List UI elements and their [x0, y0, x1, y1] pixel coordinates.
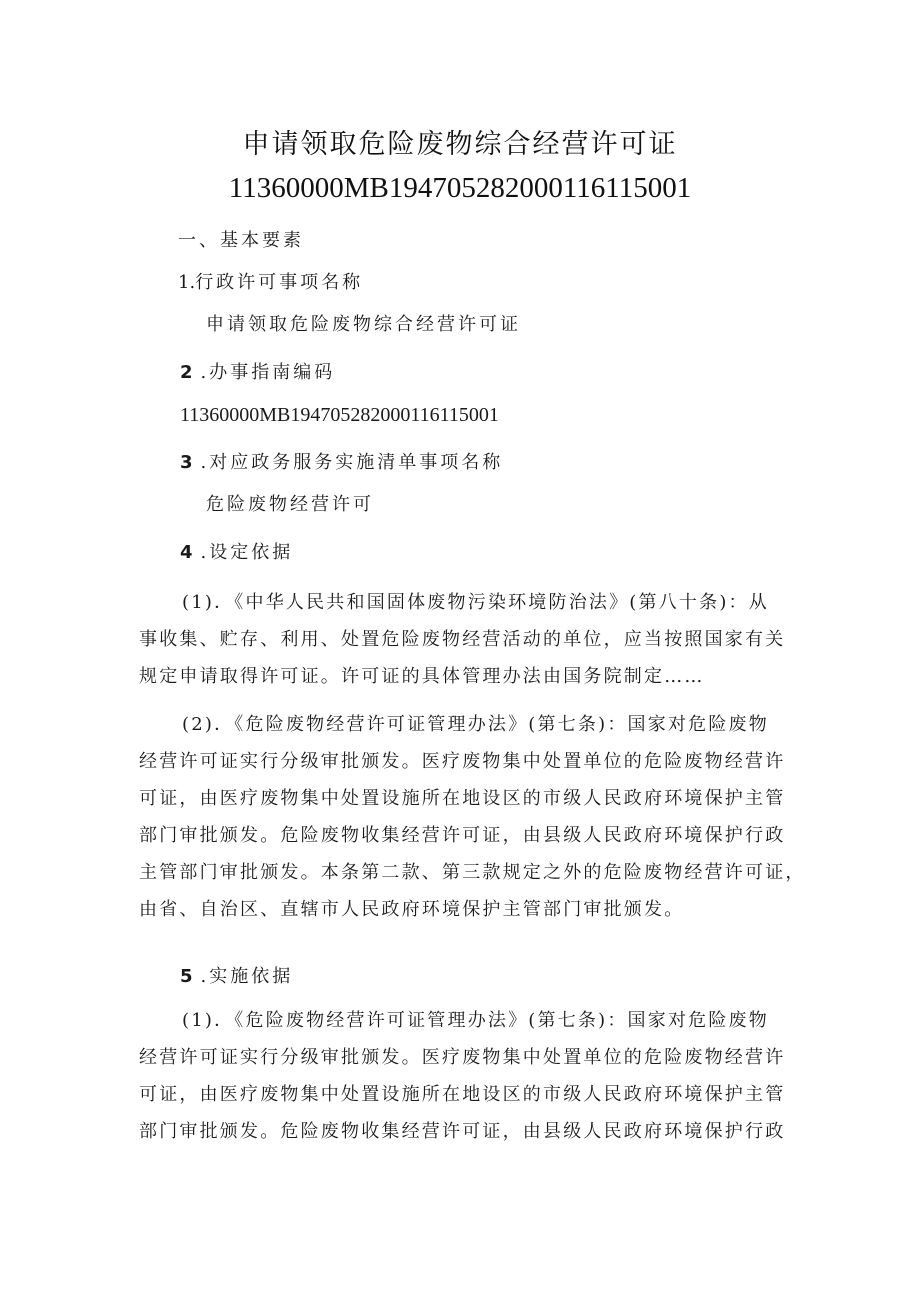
paragraph-line: 事收集、贮存、利用、处置危险废物经营活动的单位，应当按照国家有关 [139, 621, 799, 658]
item-4-paragraph-2: (2)．《危险废物经营许可证管理办法》(第七条)：国家对危险废物 经营许可证实行… [139, 706, 799, 928]
item-1-value: 申请领取危险废物综合经营许可证 [206, 314, 521, 336]
item-3-value: 危险废物经营许可 [206, 494, 374, 516]
paragraph-line: (2)．《危险废物经营许可证管理办法》(第七条)：国家对危险废物 [139, 706, 799, 743]
paragraph-line: 经营许可证实行分级审批颁发。医疗废物集中处置单位的危险废物经营许 [139, 1039, 799, 1076]
item-5-paragraph-1: (1)．《危险废物经营许可证管理办法》(第七条)：国家对危险废物 经营许可证实行… [139, 1002, 799, 1150]
paragraph-line: 经营许可证实行分级审批颁发。医疗废物集中处置单位的危险废物经营许 [139, 743, 799, 780]
paragraph-line: 可证，由医疗废物集中处置设施所在地设区的市级人民政府环境保护主管 [139, 780, 799, 817]
item-4-paragraph-1: (1)．《中华人民共和国固体废物污染环境防治法》(第八十条)：从 事收集、贮存、… [139, 584, 799, 695]
item-4-number: 4 [180, 542, 193, 563]
paragraph-line: 主管部门审批颁发。本条第二款、第三款规定之外的危险废物经营许可证， [139, 854, 799, 891]
item-1-heading: 1.行政许可事项名称 [178, 272, 363, 294]
section-heading: 一、基本要素 [178, 230, 304, 252]
paragraph-line: 可证，由医疗废物集中处置设施所在地设区的市级人民政府环境保护主管 [139, 1076, 799, 1113]
paragraph-line: 规定申请取得许可证。许可证的具体管理办法由国务院制定…… [139, 658, 799, 695]
item-3-heading: 3.对应政务服务实施清单事项名称 [180, 452, 503, 474]
paragraph-line: 由省、自治区、直辖市人民政府环境保护主管部门审批颁发。 [139, 891, 799, 928]
item-1-number: 1. [178, 272, 195, 293]
item-3-number: 3 [180, 452, 193, 473]
item-2-number: 2 [180, 362, 193, 383]
document-code-title: 11360000MB194705282000116115001 [0, 172, 920, 205]
item-2-label: .办事指南编码 [201, 362, 336, 383]
paragraph-line: 部门审批颁发。危险废物收集经营许可证，由县级人民政府环境保护行政 [139, 817, 799, 854]
item-4-heading: 4.设定依据 [180, 542, 293, 564]
document-title: 申请领取危险废物综合经营许可证 [0, 122, 920, 161]
document-page: 申请领取危险废物综合经营许可证 11360000MB19470528200011… [0, 0, 920, 1301]
item-5-heading: 5.实施依据 [180, 966, 293, 988]
item-2-heading: 2.办事指南编码 [180, 362, 335, 384]
paragraph-line: (1)．《危险废物经营许可证管理办法》(第七条)：国家对危险废物 [139, 1002, 799, 1039]
item-2-value: 11360000MB194705282000116115001 [180, 404, 499, 426]
item-4-label: .设定依据 [201, 542, 294, 563]
paragraph-line: 部门审批颁发。危险废物收集经营许可证，由县级人民政府环境保护行政 [139, 1113, 799, 1150]
item-1-label: 行政许可事项名称 [195, 272, 363, 293]
paragraph-line: (1)．《中华人民共和国固体废物污染环境防治法》(第八十条)：从 [139, 584, 799, 621]
item-3-label: .对应政务服务实施清单事项名称 [201, 452, 504, 473]
item-5-number: 5 [180, 966, 193, 987]
item-5-label: .实施依据 [201, 966, 294, 987]
